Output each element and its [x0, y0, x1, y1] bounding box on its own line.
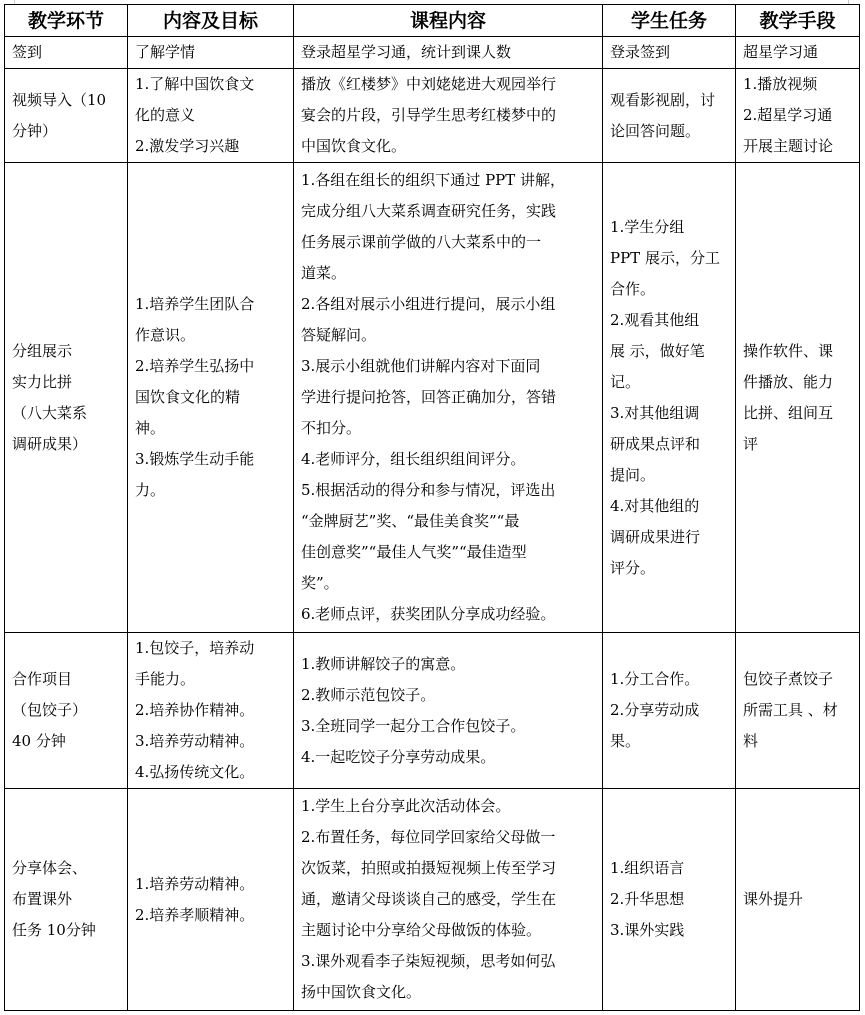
cell-text-line: 分钟）	[12, 116, 120, 147]
cell-text-line: 研成果点评和	[610, 429, 728, 460]
cell-text-line: 神。	[135, 413, 286, 444]
cell-text-line: 3.课外实践	[610, 915, 728, 946]
cell-text-line: 2.培养协作精神。	[135, 695, 286, 726]
cell-text-line: （八大菜系	[12, 398, 120, 429]
cell-text-line: 3.锻炼学生动手能	[135, 444, 286, 475]
cell-text-line: 力。	[135, 475, 286, 506]
cell-text-line: 登录签到	[610, 37, 728, 68]
lesson-plan-table: 教学环节 内容及目标 课程内容 学生任务 教学手段 签到了解学情登录超星学习通，…	[4, 4, 860, 1011]
header-content: 课程内容	[294, 5, 603, 37]
means-cell: 操作软件、课件播放、能力比拼、组间互评	[736, 163, 860, 633]
cell-text-line: 国饮食文化的精	[135, 382, 286, 413]
row-dumpling-project: 合作项目（包饺子）40 分钟1.包饺子，培养动手能力。2.培养协作精神。3.培养…	[5, 633, 860, 789]
tasks-cell: 登录签到	[603, 37, 736, 69]
cell-text-line: 4.一起吃饺子分享劳动成果。	[301, 742, 595, 773]
cell-text-line: 4.弘扬传统文化。	[135, 757, 286, 788]
means-cell: 1.播放视频2.超星学习通开展主题讨论	[736, 69, 860, 163]
header-means: 教学手段	[736, 5, 860, 37]
cell-text-line: 不扣分。	[301, 413, 595, 444]
goals-cell: 1.包饺子，培养动手能力。2.培养协作精神。3.培养劳动精神。4.弘扬传统文化。	[128, 633, 294, 789]
cell-text-line: 1.了解中国饮食文	[135, 69, 286, 100]
cell-text-line: 化的意义	[135, 100, 286, 131]
cell-text-line: 课外提升	[743, 884, 852, 915]
cell-text-line: 道菜。	[301, 258, 595, 289]
cell-text-line: 了解学情	[135, 37, 286, 68]
cell-text-line: 调研成果进行	[610, 522, 728, 553]
cell-text-line: 宴会的片段，引导学生思考红楼梦中的	[301, 100, 595, 131]
cell-text-line: PPT 展示，分工	[610, 243, 728, 274]
cell-text-line: 料	[743, 726, 852, 757]
cell-text-line: 答疑解问。	[301, 320, 595, 351]
goals-cell: 了解学情	[128, 37, 294, 69]
cell-text-line: 通，邀请父母谈谈自己的感受，学生在	[301, 884, 595, 915]
means-cell: 包饺子煮饺子所需工具 、材料	[736, 633, 860, 789]
cell-text-line: 布置课外	[12, 884, 120, 915]
cell-text-line: 40 分钟	[12, 726, 120, 757]
cell-text-line: 学进行提问抢答，回答正确加分，答错	[301, 382, 595, 413]
means-cell: 超星学习通	[736, 37, 860, 69]
header-stage: 教学环节	[5, 5, 128, 37]
stage-cell: 视频导入（10分钟）	[5, 69, 128, 163]
stage-cell: 签到	[5, 37, 128, 69]
cell-text-line: 操作软件、课	[743, 336, 852, 367]
cell-text-line: 完成分组八大菜系调查研究任务，实践	[301, 196, 595, 227]
cell-text-line: 1.分工合作。	[610, 664, 728, 695]
cell-text-line: 次饭菜，拍照或拍摄短视频上传至学习	[301, 853, 595, 884]
cell-text-line: 果。	[610, 726, 728, 757]
cell-text-line: 调研成果）	[12, 429, 120, 460]
cell-text-line: 1.培养劳动精神。	[135, 869, 286, 900]
header-goals: 内容及目标	[128, 5, 294, 37]
cell-text-line: 开展主题讨论	[743, 131, 852, 162]
cell-text-line: 4.老师评分，组长组织组间评分。	[301, 444, 595, 475]
cell-text-line: 1.培养学生团队合	[135, 289, 286, 320]
cell-text-line: 3.展示小组就他们讲解内容对下面同	[301, 351, 595, 382]
stage-cell: 分组展示实力比拼（八大菜系调研成果）	[5, 163, 128, 633]
cell-text-line: 4.对其他组的	[610, 491, 728, 522]
cell-text-line: 3.对其他组调	[610, 398, 728, 429]
cell-text-line: 2.激发学习兴趣	[135, 131, 286, 162]
goals-cell: 1.培养学生团队合作意识。2.培养学生弘扬中国饮食文化的精神。3.锻炼学生动手能…	[128, 163, 294, 633]
stage-cell: 合作项目（包饺子）40 分钟	[5, 633, 128, 789]
cell-text-line: 作意识。	[135, 320, 286, 351]
tasks-cell: 1.组织语言2.升华思想3.课外实践	[603, 789, 736, 1011]
cell-text-line: （包饺子）	[12, 695, 120, 726]
cell-text-line: 3.培养劳动精神。	[135, 726, 286, 757]
cell-text-line: “金牌厨艺”奖、“最佳美食奖”“最	[301, 506, 595, 537]
cell-text-line: 佳创意奖”“最佳人气奖”“最佳造型	[301, 537, 595, 568]
cell-text-line: 1.包饺子，培养动	[135, 633, 286, 664]
cell-text-line: 签到	[12, 37, 120, 68]
cell-text-line: 2.升华思想	[610, 884, 728, 915]
cell-text-line: 2.观看其他组	[610, 305, 728, 336]
header-row: 教学环节 内容及目标 课程内容 学生任务 教学手段	[5, 5, 860, 37]
row-group-showcase: 分组展示实力比拼（八大菜系调研成果）1.培养学生团队合作意识。2.培养学生弘扬中…	[5, 163, 860, 633]
cell-text-line: 评分。	[610, 553, 728, 584]
cell-text-line: 展 示，做好笔	[610, 336, 728, 367]
cell-text-line: 中国饮食文化。	[301, 131, 595, 162]
cell-text-line: 比拼、组间互	[743, 398, 852, 429]
cell-text-line: 1.组织语言	[610, 853, 728, 884]
cell-text-line: 1.教师讲解饺子的寓意。	[301, 649, 595, 680]
goals-cell: 1.了解中国饮食文化的意义2.激发学习兴趣	[128, 69, 294, 163]
cell-text-line: 件播放、能力	[743, 367, 852, 398]
cell-text-line: 超星学习通	[743, 37, 852, 68]
cell-text-line: 奖”。	[301, 568, 595, 599]
cell-text-line: 5.根据活动的得分和参与情况，评选出	[301, 475, 595, 506]
cell-text-line: 扬中国饮食文化。	[301, 977, 595, 1008]
cell-text-line: 观看影视剧，讨	[610, 85, 728, 116]
cell-text-line: 论回答问题。	[610, 116, 728, 147]
row-video-intro: 视频导入（10分钟）1.了解中国饮食文化的意义2.激发学习兴趣播放《红楼梦》中刘…	[5, 69, 860, 163]
cell-text-line: 播放《红楼梦》中刘姥姥进大观园举行	[301, 69, 595, 100]
cell-text-line: 6.老师点评，获奖团队分享成功经验。	[301, 599, 595, 630]
cell-text-line: 手能力。	[135, 664, 286, 695]
row-sign-in: 签到了解学情登录超星学习通，统计到课人数登录签到超星学习通	[5, 37, 860, 69]
cell-text-line: 主题讨论中分享给父母做饭的体验。	[301, 915, 595, 946]
cell-text-line: 合作。	[610, 274, 728, 305]
cell-text-line: 2.教师示范包饺子。	[301, 680, 595, 711]
cell-text-line: 1.学生分组	[610, 212, 728, 243]
means-cell: 课外提升	[736, 789, 860, 1011]
cell-text-line: 1.各组在组长的组织下通过 PPT 讲解，	[301, 165, 595, 196]
cell-text-line: 3.全班同学一起分工合作包饺子。	[301, 711, 595, 742]
tasks-cell: 观看影视剧，讨论回答问题。	[603, 69, 736, 163]
content-cell: 播放《红楼梦》中刘姥姥进大观园举行宴会的片段，引导学生思考红楼梦中的中国饮食文化…	[294, 69, 603, 163]
cell-text-line: 所需工具 、材	[743, 695, 852, 726]
content-cell: 1.教师讲解饺子的寓意。2.教师示范包饺子。3.全班同学一起分工合作包饺子。4.…	[294, 633, 603, 789]
goals-cell: 1.培养劳动精神。2.培养孝顺精神。	[128, 789, 294, 1011]
cell-text-line: 2.培养孝顺精神。	[135, 900, 286, 931]
cell-text-line: 2.培养学生弘扬中	[135, 351, 286, 382]
cell-text-line: 任务 10分钟	[12, 915, 120, 946]
cell-text-line: 2.布置任务，每位同学回家给父母做一	[301, 822, 595, 853]
cell-text-line: 3.课外观看李子柒短视频，思考如何弘	[301, 946, 595, 977]
tasks-cell: 1.学生分组PPT 展示，分工合作。2.观看其他组展 示，做好笔记。3.对其他组…	[603, 163, 736, 633]
row-share-assignment: 分享体会、布置课外任务 10分钟1.培养劳动精神。2.培养孝顺精神。1.学生上台…	[5, 789, 860, 1011]
tasks-cell: 1.分工合作。2.分享劳动成果。	[603, 633, 736, 789]
cell-text-line: 提问。	[610, 460, 728, 491]
cell-text-line: 评	[743, 429, 852, 460]
cell-text-line: 视频导入（10	[12, 85, 120, 116]
header-tasks: 学生任务	[603, 5, 736, 37]
cell-text-line: 2.各组对展示小组进行提问，展示小组	[301, 289, 595, 320]
cell-text-line: 任务展示课前学做的八大菜系中的一	[301, 227, 595, 258]
cell-text-line: 登录超星学习通，统计到课人数	[301, 37, 595, 68]
cell-text-line: 分组展示	[12, 336, 120, 367]
cell-text-line: 记。	[610, 367, 728, 398]
content-cell: 1.各组在组长的组织下通过 PPT 讲解，完成分组八大菜系调查研究任务，实践任务…	[294, 163, 603, 633]
cell-text-line: 合作项目	[12, 664, 120, 695]
content-cell: 登录超星学习通，统计到课人数	[294, 37, 603, 69]
cell-text-line: 分享体会、	[12, 853, 120, 884]
cell-text-line: 包饺子煮饺子	[743, 664, 852, 695]
cell-text-line: 实力比拼	[12, 367, 120, 398]
content-cell: 1.学生上台分享此次活动体会。2.布置任务，每位同学回家给父母做一次饭菜，拍照或…	[294, 789, 603, 1011]
cell-text-line: 1.播放视频	[743, 69, 852, 100]
stage-cell: 分享体会、布置课外任务 10分钟	[5, 789, 128, 1011]
cell-text-line: 1.学生上台分享此次活动体会。	[301, 791, 595, 822]
cell-text-line: 2.超星学习通	[743, 100, 852, 131]
cell-text-line: 2.分享劳动成	[610, 695, 728, 726]
